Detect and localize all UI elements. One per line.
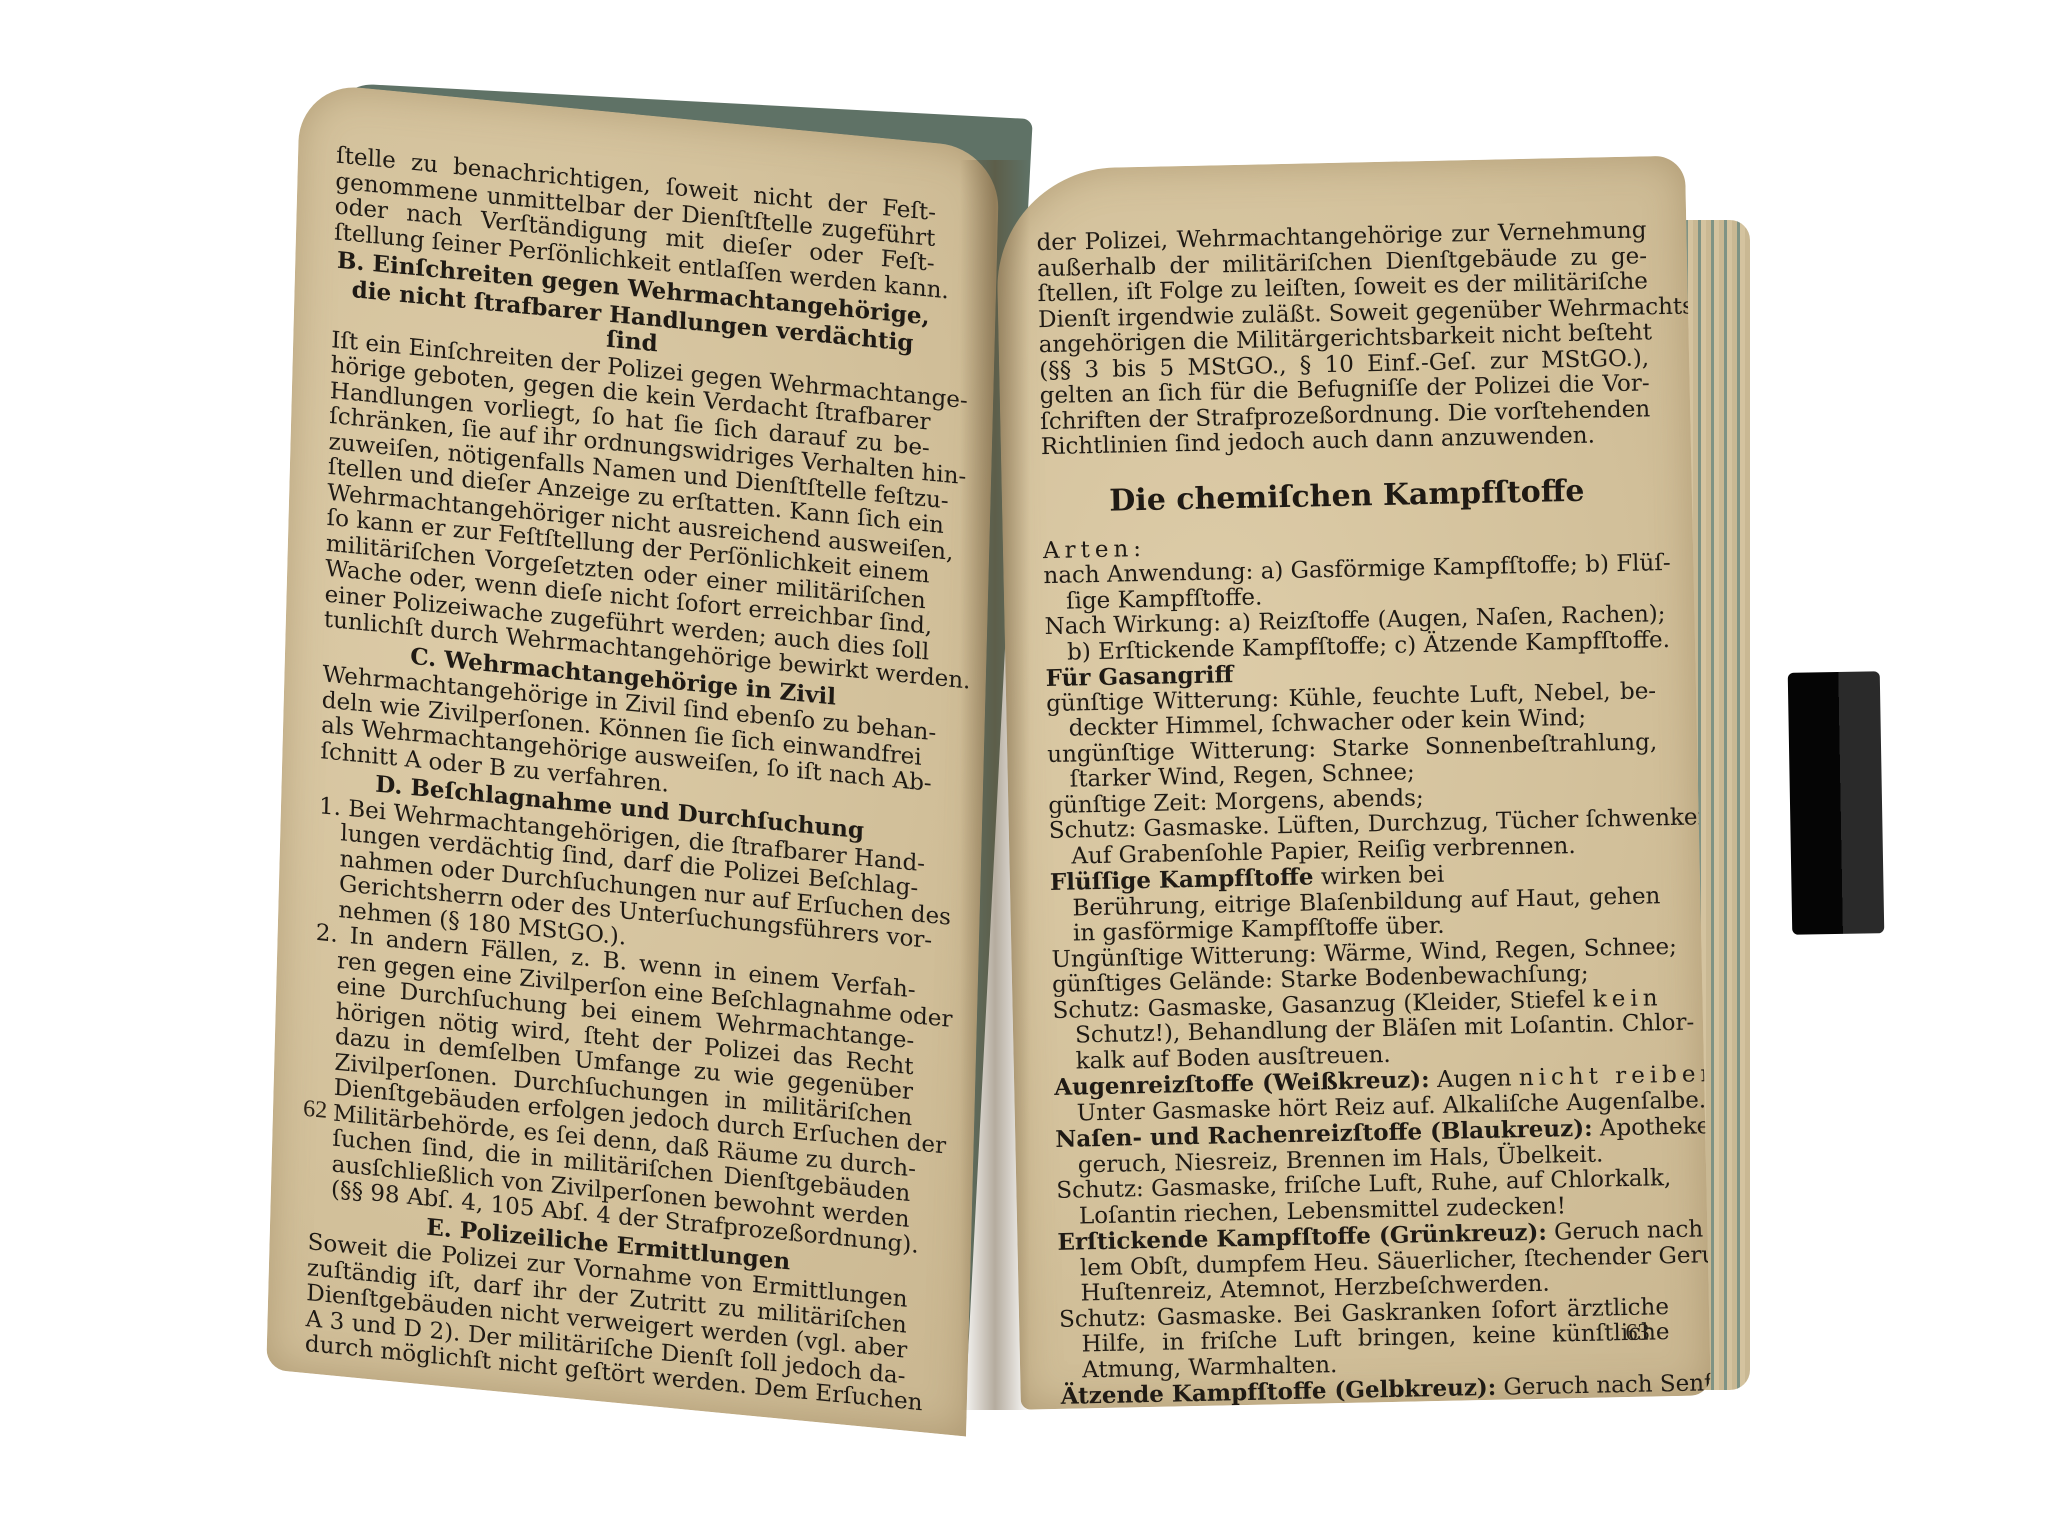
nasenreiz-text: Apotheken- [1600, 1113, 1711, 1142]
emphasis-nicht-reiben: nicht reiben. [1519, 1061, 1711, 1091]
aetzend-text: Geruch nach Senf, [1503, 1370, 1711, 1401]
page-number-left: 62 [303, 1096, 328, 1125]
right-page-text: der Polizei, Wehrmachtangehörige zur Ver… [1036, 218, 1672, 1409]
emphasis-kein: kein [1593, 985, 1663, 1012]
chapter-title: Die chemiſchen Kampfſtoffe [1042, 470, 1653, 523]
page-number-right: 63 [1625, 1320, 1650, 1347]
open-book: ſtelle zu benachrichtigen, ſoweit nicht … [0, 0, 2048, 1536]
right-page: der Polizei, Wehrmachtangehörige zur Ver… [995, 156, 1711, 1410]
ersticken-text: Geruch nach fau- [1554, 1215, 1711, 1245]
bookmark-ribbon [1788, 671, 1885, 935]
left-page: ſtelle zu benachrichtigen, ſoweit nicht … [266, 82, 1000, 1436]
augenreiz-text: Augen [1437, 1065, 1512, 1093]
left-page-text: ſtelle zu benachrichtigen, ſoweit nicht … [305, 144, 937, 1416]
fluessige-heading-rest: wirken bei [1313, 862, 1444, 891]
arten-label-wirkung: Nach Wirkung: [1044, 610, 1221, 640]
